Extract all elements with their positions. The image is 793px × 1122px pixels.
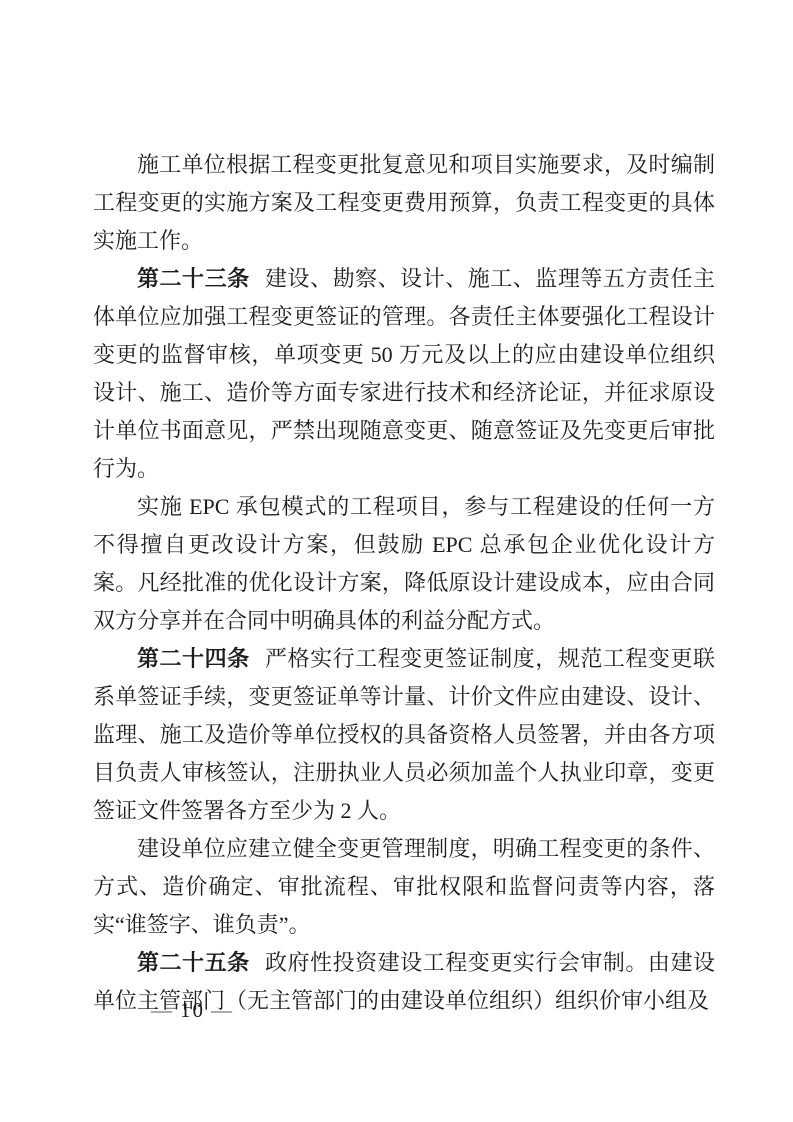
footer-right-dash: — — [205, 998, 240, 1022]
paragraph-epc-mode: 实施 EPC 承包模式的工程项目，参与工程建设的任何一方不得擅自更改设计方案，但… — [93, 488, 715, 640]
paragraph-article-24: 第二十四条严格实行工程变更签证制度，规范工程变更联系单签证手续，变更签证单等计量… — [93, 640, 715, 830]
page-footer: —10— — [145, 998, 240, 1022]
footer-left-dash: — — [145, 998, 180, 1022]
article-23-number: 第二十三条 — [137, 266, 250, 291]
page-number: 10 — [180, 998, 205, 1022]
paragraph-text: 实施 EPC 承包模式的工程项目，参与工程建设的任何一方不得擅自更改设计方案，但… — [93, 494, 715, 633]
document-page: 施工单位根据工程变更批复意见和项目实施要求，及时编制工程变更的实施方案及工程变更… — [0, 0, 793, 1122]
paragraph-change-management-system: 建设单位应建立健全变更管理制度，明确工程变更的条件、方式、造价确定、审批流程、审… — [93, 830, 715, 944]
paragraph-construction-unit-duty: 施工单位根据工程变更批复意见和项目实施要求，及时编制工程变更的实施方案及工程变更… — [93, 146, 715, 260]
article-25-number: 第二十五条 — [137, 950, 250, 975]
paragraph-text: 建设单位应建立健全变更管理制度，明确工程变更的条件、方式、造价确定、审批流程、审… — [93, 836, 715, 937]
paragraph-article-23: 第二十三条建设、勘察、设计、施工、监理等五方责任主体单位应加强工程变更签证的管理… — [93, 260, 715, 488]
paragraph-text: 建设、勘察、设计、施工、监理等五方责任主体单位应加强工程变更签证的管理。各责任主… — [93, 266, 715, 481]
article-24-number: 第二十四条 — [137, 646, 250, 671]
paragraph-text: 施工单位根据工程变更批复意见和项目实施要求，及时编制工程变更的实施方案及工程变更… — [93, 152, 715, 253]
paragraph-text: 严格实行工程变更签证制度，规范工程变更联系单签证手续，变更签证单等计量、计价文件… — [93, 646, 715, 823]
document-body: 施工单位根据工程变更批复意见和项目实施要求，及时编制工程变更的实施方案及工程变更… — [93, 146, 715, 1020]
